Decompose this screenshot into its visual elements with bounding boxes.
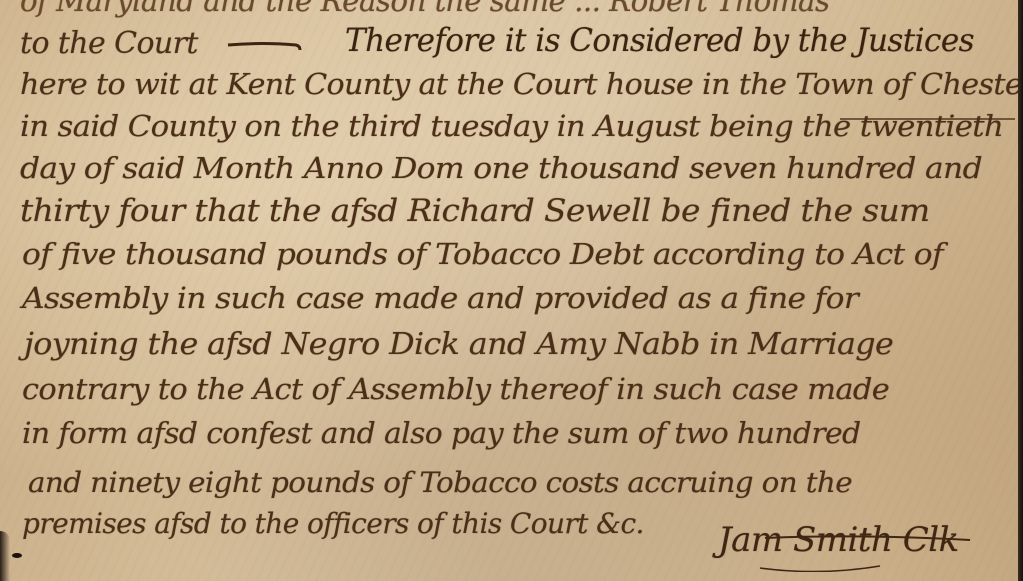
text-line-12: and ninety eight pounds of Tobacco costs… xyxy=(28,465,852,501)
text-line-5: day of said Month Anno Dom one thousand … xyxy=(20,150,982,186)
page-edge-shadow xyxy=(1018,0,1023,581)
text-line-2b: Therefore it is Considered by the Justic… xyxy=(345,22,974,58)
text-line-1: of Maryland and the Reason the same ... … xyxy=(20,0,829,20)
strike-line xyxy=(840,118,1015,120)
text-line-13: premises afsd to the officers of this Co… xyxy=(22,506,644,542)
text-line-2a: to the Court xyxy=(20,26,198,62)
text-line-4: in said County on the third tuesday in A… xyxy=(20,108,1003,144)
dash-stroke xyxy=(226,41,302,51)
ink-blot xyxy=(12,553,22,558)
text-line-7: of five thousand pounds of Tobacco Debt … xyxy=(22,236,943,272)
text-line-6: thirty four that the afsd Richard Sewell… xyxy=(20,193,930,229)
text-line-8: Assembly in such case made and provided … xyxy=(22,280,858,316)
text-line-11: in form afsd confest and also pay the su… xyxy=(22,415,861,451)
text-line-10: contrary to the Act of Assembly thereof … xyxy=(22,371,889,407)
text-line-3: here to wit at Kent County at the Court … xyxy=(20,66,1023,102)
manuscript-page: of Maryland and the Reason the same ... … xyxy=(0,0,1018,581)
page-corner-shadow xyxy=(0,531,10,581)
clerk-signature: Jam Smith Clk xyxy=(718,520,959,560)
text-line-9: joyning the afsd Negro Dick and Amy Nabb… xyxy=(24,327,893,363)
